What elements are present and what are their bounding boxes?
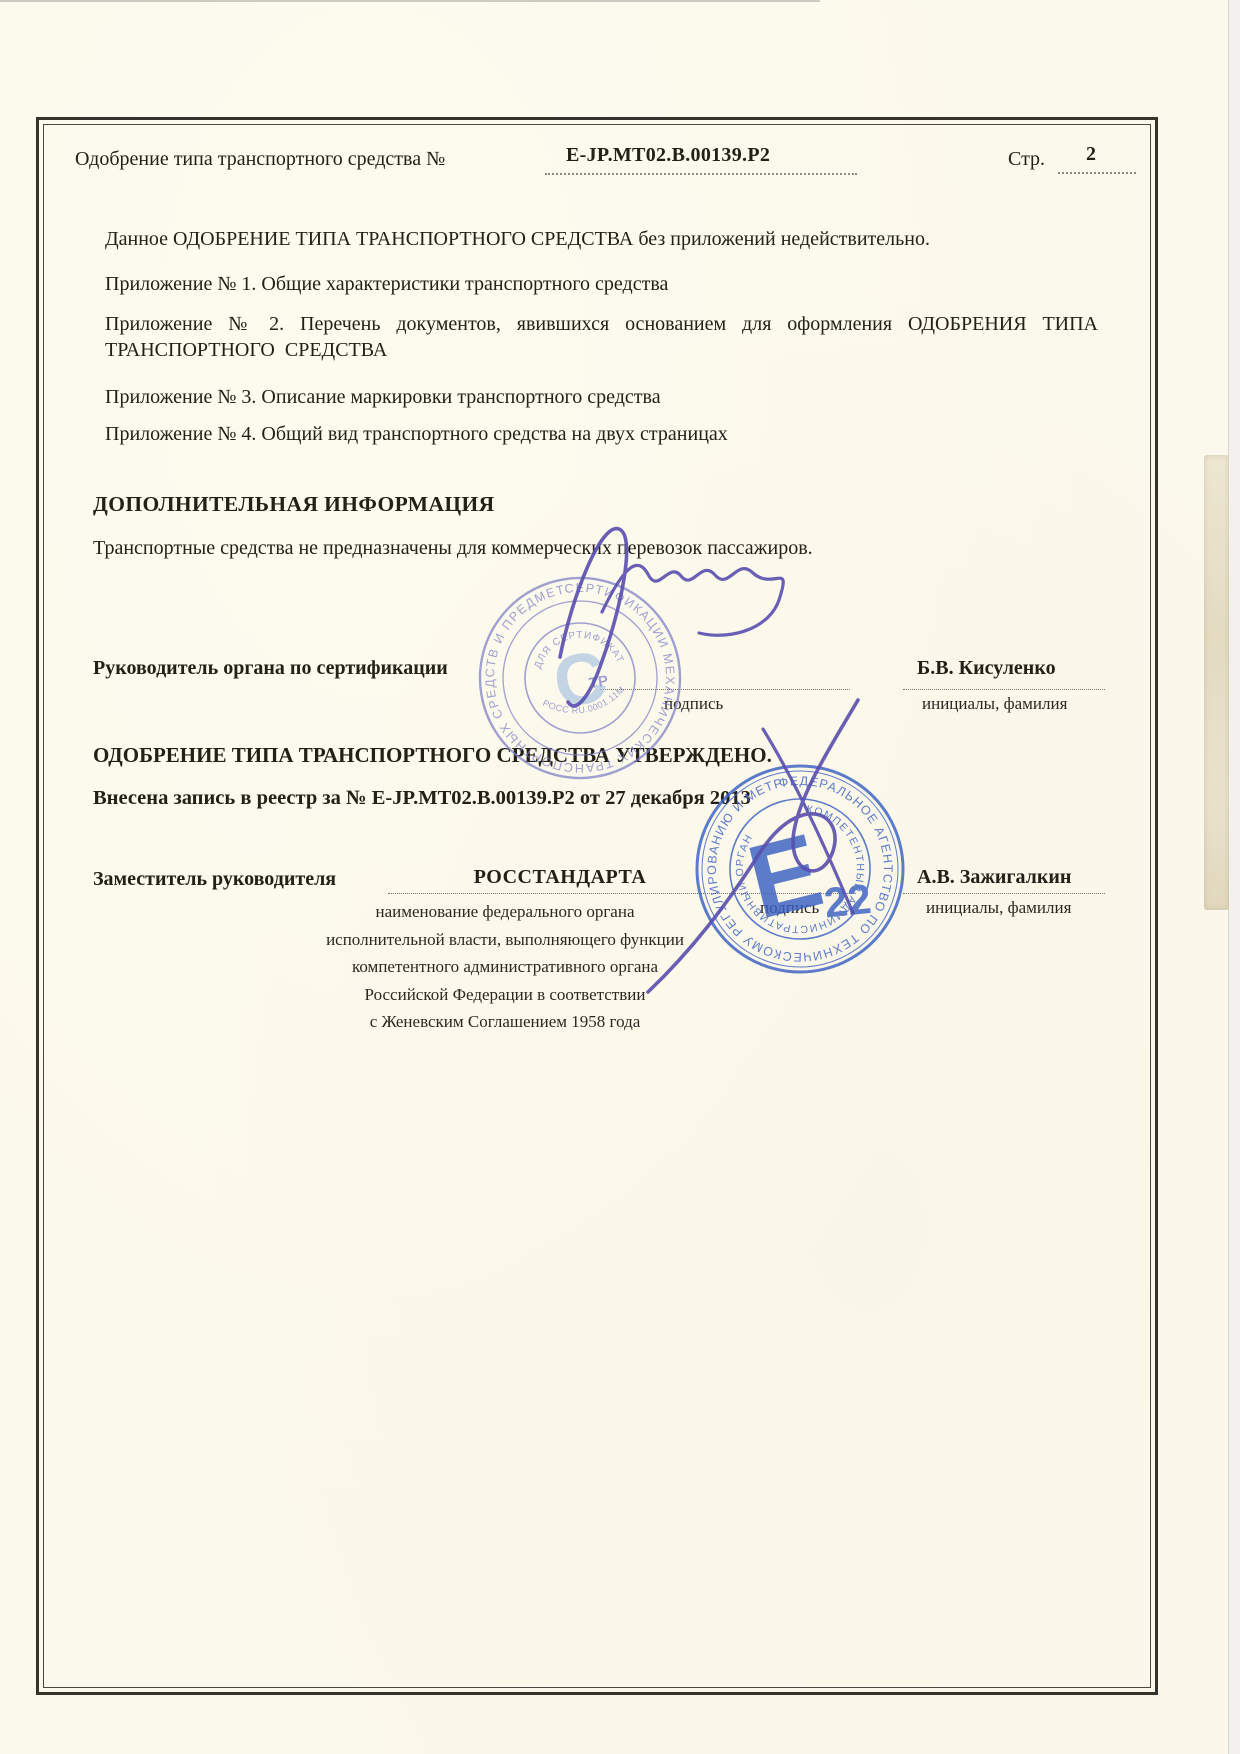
page-number-underline (1058, 171, 1136, 174)
page-label: Стр. (1008, 146, 1045, 172)
scanned-paper: Одобрение типа транспортного средства № … (0, 0, 1240, 1754)
sig2-org-line (388, 892, 856, 894)
sig2-org: РОССТАНДАРТА (400, 864, 720, 890)
sig1-name: Б.В. Кисуленко (917, 655, 1056, 681)
scan-top-edge (0, 0, 820, 2)
paragraph-validity: Данное ОДОБРЕНИЕ ТИПА ТРАНСПОРТНОГО СРЕД… (105, 226, 1075, 252)
sig1-role: Руководитель органа по сертификации (93, 655, 448, 681)
sig1-name-caption: инициалы, фамилия (922, 694, 1067, 714)
sig2-name-caption: инициалы, фамилия (926, 898, 1071, 918)
approved-heading: ОДОБРЕНИЕ ТИПА ТРАНСПОРТНОГО СРЕДСТВА УТ… (93, 742, 772, 768)
paragraph-annex-2: Приложение № 2. Перечень документов, яви… (105, 311, 1098, 363)
sig2-name-line (903, 892, 1105, 894)
sig2-org-caption-line3: компетентного административного органа (280, 953, 730, 981)
sig1-signature-caption: подпись (664, 694, 723, 714)
additional-info-text: Транспортные средства не предназначены д… (93, 535, 1073, 561)
paragraph-annex-1: Приложение № 1. Общие характеристики тра… (105, 271, 1075, 297)
additional-info-heading: ДОПОЛНИТЕЛЬНАЯ ИНФОРМАЦИЯ (93, 491, 495, 517)
sig2-role: Заместитель руководителя (93, 866, 336, 892)
sig2-org-caption-line4: Российской Федерации в соответствии (280, 981, 730, 1009)
sig2-name: А.В. Зажигалкин (917, 864, 1071, 890)
paragraph-annex-3: Приложение № 3. Описание маркировки тран… (105, 384, 1075, 410)
registry-line: Внесена запись в реестр за № E-JP.MT02.B… (93, 785, 751, 811)
sig2-org-caption-line1: наименование федерального органа (280, 898, 730, 926)
sig1-name-line (903, 688, 1105, 690)
page-number: 2 (1086, 141, 1096, 167)
sig2-org-caption-line2: исполнительной власти, выполняющего функ… (280, 926, 730, 954)
approval-number-underline (545, 172, 857, 175)
paragraph-annex-4: Приложение № 4. Общий вид транспортного … (105, 421, 1075, 447)
approval-number: E-JP.MT02.B.00139.P2 (566, 142, 770, 168)
document-title: Одобрение типа транспортного средства № (75, 146, 445, 172)
sig2-signature-caption: подпись (760, 898, 819, 918)
sig2-org-caption: наименование федерального органа исполни… (280, 898, 730, 1036)
sig1-signature-line (600, 688, 850, 690)
sig2-org-caption-line5: с Женевским Соглашением 1958 года (280, 1008, 730, 1036)
tape-crease-mark (1204, 455, 1229, 910)
page-right-edge (1228, 0, 1240, 1754)
